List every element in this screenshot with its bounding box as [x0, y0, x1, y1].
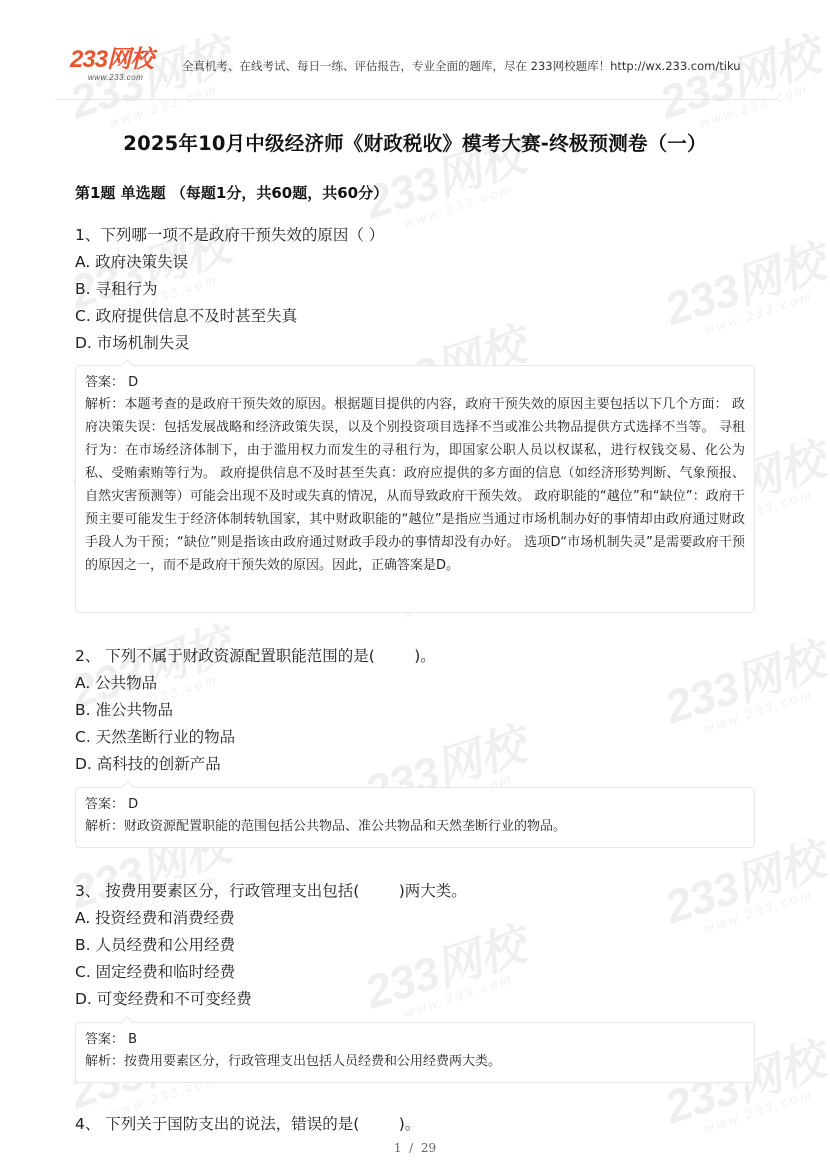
option-a: A. 政府决策失误 — [75, 249, 765, 276]
answer-box-2: 答案： D 解析：财政资源配置职能的范围包括公共物品、准公共物品和天然垄断行业的… — [75, 787, 755, 848]
answer-value: D — [128, 375, 138, 390]
answer-label: 答案： — [85, 797, 124, 812]
question-stem: 1、下列哪一项不是政府干预失效的原因（ ） — [75, 222, 765, 249]
section-title: 第1题 单选题 （每题1分，共60题，共60分） — [75, 182, 388, 203]
answer-value: D — [128, 797, 138, 812]
option-c: C. 天然垄断行业的物品 — [75, 724, 765, 751]
header-slogan: 全真机考、在线考试、每日一练、评估报告，专业全面的题库，尽在 233网校题库！h… — [182, 58, 741, 74]
answer-line: 答案： D — [85, 794, 745, 815]
page-header: 233网校 www.233.com 全真机考、在线考试、每日一练、评估报告，专业… — [70, 48, 760, 88]
logo-text: 233网校 — [70, 48, 170, 72]
document-title: 2025年10月中级经济师《财政税收》模考大赛-终极预测卷（一） — [0, 128, 830, 156]
question-stem: 4、 下列关于国防支出的说法，错误的是( )。 — [75, 1111, 765, 1138]
answer-line: 答案： D — [85, 372, 745, 393]
option-a: A. 投资经费和消费经费 — [75, 905, 765, 932]
answer-box-1: 答案： D 解析：本题考查的是政府干预失效的原因。根据题目提供的内容，政府干预失… — [75, 365, 755, 613]
page-number: 1 / 29 — [0, 1141, 830, 1155]
option-b: B. 寻租行为 — [75, 276, 765, 303]
question-1: 1、下列哪一项不是政府干预失效的原因（ ） A. 政府决策失误 B. 寻租行为 … — [75, 222, 765, 357]
option-c: C. 政府提供信息不及时甚至失真 — [75, 303, 765, 330]
option-c: C. 固定经费和临时经费 — [75, 959, 765, 986]
question-3: 3、 按费用要素区分，行政管理支出包括( )两大类。 A. 投资经费和消费经费 … — [75, 878, 765, 1013]
header-divider — [55, 99, 778, 100]
logo: 233网校 www.233.com — [70, 48, 170, 84]
answer-label: 答案： — [85, 1032, 124, 1047]
answer-box-3: 答案： B 解析：按费用要素区分，行政管理支出包括人员经费和公用经费两大类。 — [75, 1022, 755, 1083]
logo-url: www.233.com — [88, 73, 170, 82]
question-2: 2、 下列不属于财政资源配置职能范围的是( )。 A. 公共物品 B. 准公共物… — [75, 643, 765, 778]
answer-value: B — [128, 1032, 137, 1047]
option-a: A. 公共物品 — [75, 670, 765, 697]
question-stem: 3、 按费用要素区分，行政管理支出包括( )两大类。 — [75, 878, 765, 905]
option-d: D. 市场机制失灵 — [75, 330, 765, 357]
option-b: B. 准公共物品 — [75, 697, 765, 724]
answer-explanation: 解析：按费用要素区分，行政管理支出包括人员经费和公用经费两大类。 — [85, 1050, 745, 1073]
question-4: 4、 下列关于国防支出的说法，错误的是( )。 — [75, 1111, 765, 1138]
answer-explanation: 解析：本题考查的是政府干预失效的原因。根据题目提供的内容，政府干预失效的原因主要… — [85, 393, 745, 577]
option-d: D. 可变经费和不可变经费 — [75, 986, 765, 1013]
option-d: D. 高科技的创新产品 — [75, 751, 765, 778]
answer-label: 答案： — [85, 375, 124, 390]
answer-line: 答案： B — [85, 1029, 745, 1050]
option-b: B. 人员经费和公用经费 — [75, 932, 765, 959]
answer-explanation: 解析：财政资源配置职能的范围包括公共物品、准公共物品和天然垄断行业的物品。 — [85, 815, 745, 838]
question-stem: 2、 下列不属于财政资源配置职能范围的是( )。 — [75, 643, 765, 670]
